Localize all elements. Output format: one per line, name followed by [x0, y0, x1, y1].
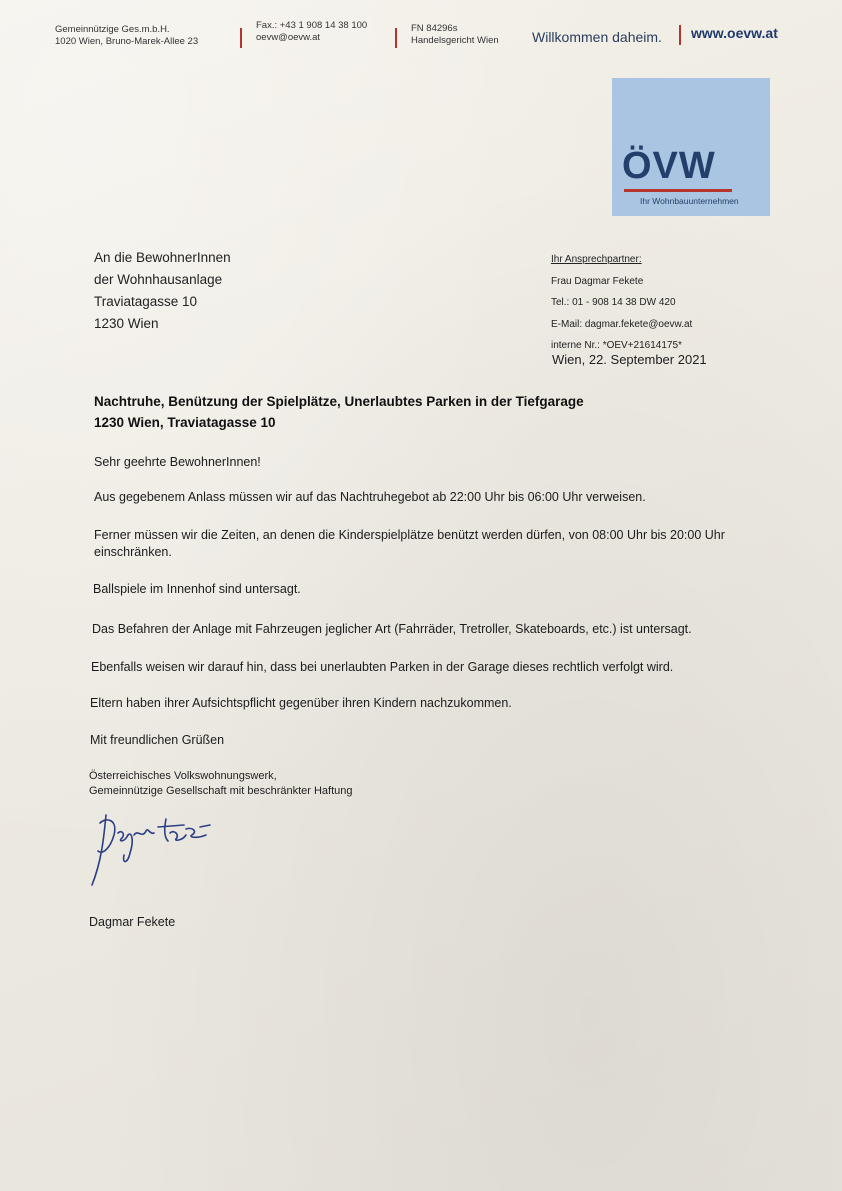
subject-line1: Nachtruhe, Benützung der Spielplätze, Un…: [94, 391, 774, 412]
contact-title: Ihr Ansprechpartner:: [551, 249, 692, 271]
salutation: Sehr geehrte BewohnerInnen!: [94, 454, 261, 471]
organization-line2: Gemeinnützige Gesellschaft mit beschränk…: [89, 784, 353, 799]
header-divider: [395, 28, 397, 48]
paragraph: Ballspiele im Innenhof sind untersagt.: [93, 581, 773, 598]
company-address: Gemeinnützige Ges.m.b.H. 1020 Wien, Brun…: [55, 24, 198, 48]
paragraph: Ferner müssen wir die Zeiten, an denen d…: [94, 527, 754, 561]
registry-court: Handelsgericht Wien: [411, 35, 499, 47]
recipient-address: An die BewohnerInnen der Wohnhausanlage …: [94, 247, 231, 335]
contact-name: Frau Dagmar Fekete: [551, 271, 692, 293]
header-divider: [679, 25, 681, 45]
logo-tagline: Ihr Wohnbauunternehmen: [640, 196, 739, 206]
subject-line2: 1230 Wien, Traviatagasse 10: [94, 412, 774, 433]
company-email: oevw@oevw.at: [256, 32, 367, 44]
paragraph: Eltern haben ihrer Aufsichtspflicht gege…: [90, 695, 790, 712]
organization-line1: Österreichisches Volkswohnungswerk,: [89, 769, 353, 784]
oevw-logo: ÖVW Ihr Wohnbauunternehmen: [612, 78, 770, 216]
company-registry: FN 84296s Handelsgericht Wien: [411, 23, 499, 47]
fax-number: Fax.: +43 1 908 14 38 100: [256, 20, 367, 32]
website-link[interactable]: www.oevw.at: [691, 25, 778, 41]
company-fax-email: Fax.: +43 1 908 14 38 100 oevw@oevw.at: [256, 20, 367, 44]
recipient-line: der Wohnhausanlage: [94, 269, 231, 291]
company-line2: 1020 Wien, Bruno-Marek-Allee 23: [55, 36, 198, 48]
recipient-line: 1230 Wien: [94, 313, 231, 335]
organization: Österreichisches Volkswohnungswerk, Geme…: [89, 769, 353, 799]
recipient-line: Traviatagasse 10: [94, 291, 231, 313]
handwritten-signature: [88, 805, 218, 890]
logo-wordmark: ÖVW: [622, 146, 716, 186]
paragraph: Das Befahren der Anlage mit Fahrzeugen j…: [92, 621, 792, 638]
paragraph: Ebenfalls weisen wir darauf hin, dass be…: [91, 659, 791, 676]
closing: Mit freundlichen Grüßen: [90, 732, 224, 749]
logo-accent-bar: [624, 189, 732, 192]
contact-block: Ihr Ansprechpartner: Frau Dagmar Fekete …: [551, 249, 692, 357]
letter-date: Wien, 22. September 2021: [552, 352, 707, 367]
header-divider: [240, 28, 242, 48]
signer-name: Dagmar Fekete: [89, 914, 175, 931]
company-line1: Gemeinnützige Ges.m.b.H.: [55, 24, 198, 36]
contact-email: E-Mail: dagmar.fekete@oevw.at: [551, 314, 692, 336]
slogan: Willkommen daheim.: [532, 29, 662, 45]
recipient-line: An die BewohnerInnen: [94, 247, 231, 269]
subject: Nachtruhe, Benützung der Spielplätze, Un…: [94, 391, 774, 433]
contact-phone: Tel.: 01 - 908 14 38 DW 420: [551, 292, 692, 314]
paragraph: Aus gegebenem Anlass müssen wir auf das …: [94, 489, 774, 506]
registry-number: FN 84296s: [411, 23, 499, 35]
